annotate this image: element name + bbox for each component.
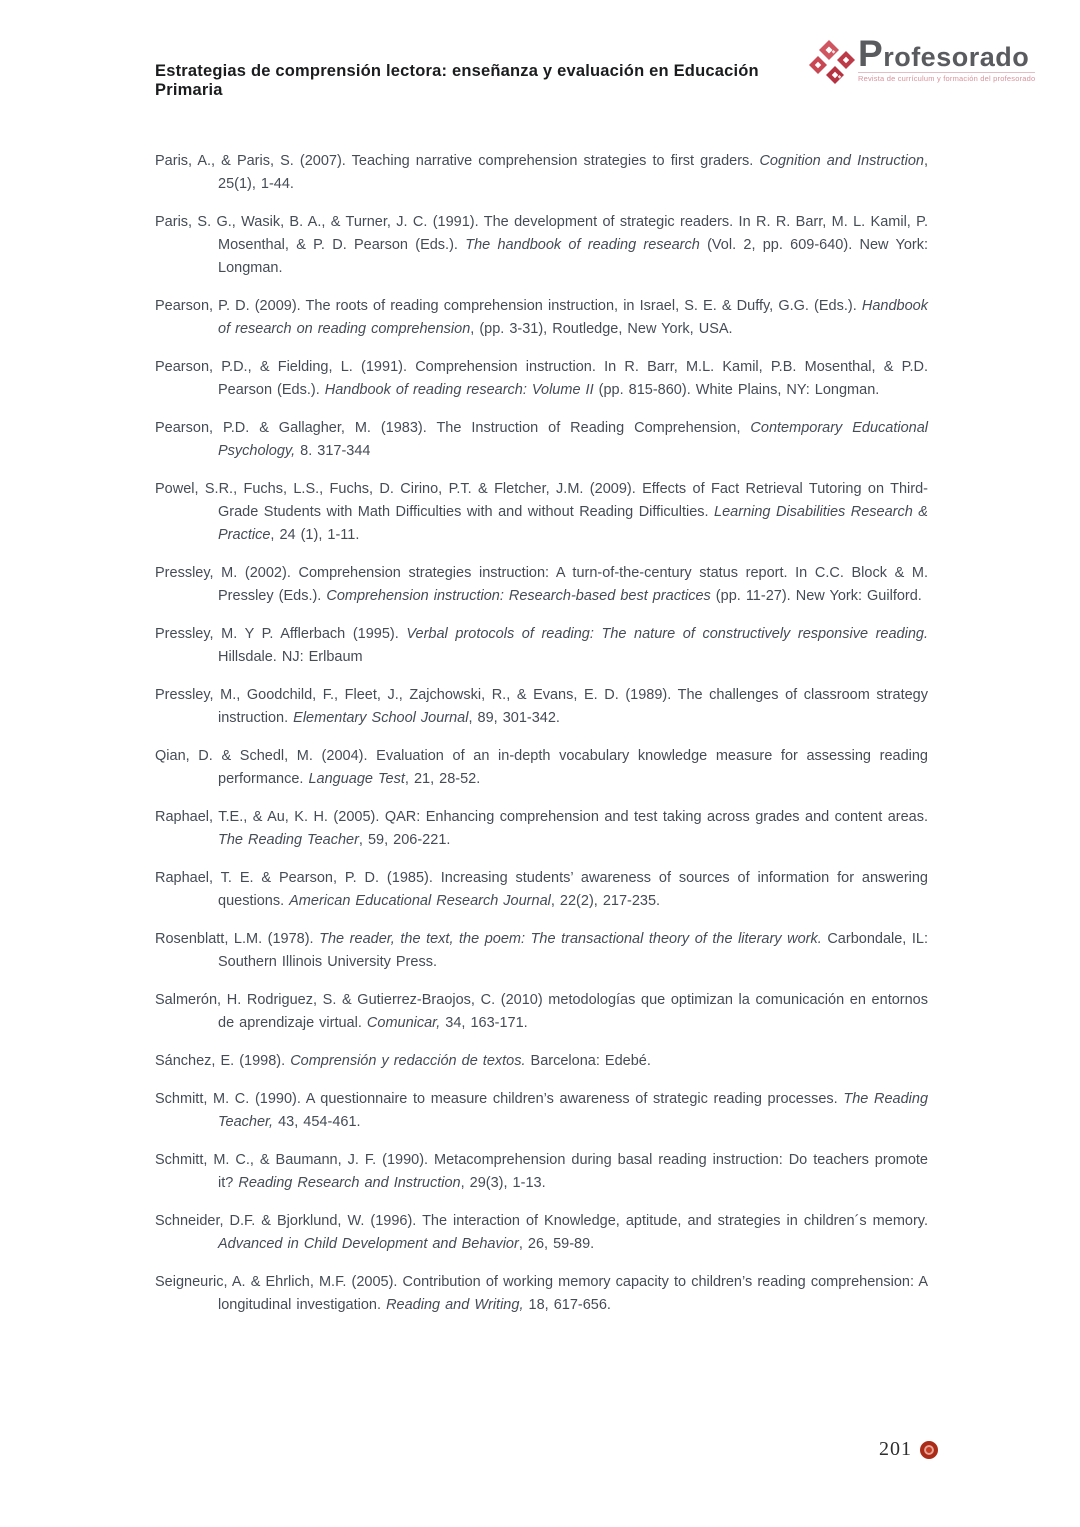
page-footer: 201: [879, 1438, 938, 1461]
reference-title-italic: Advanced in Child Development and Behavi…: [218, 1236, 519, 1252]
reference-item: Pressley, M. Y P. Afflerbach (1995). Ver…: [155, 623, 928, 669]
reference-title-italic: The Reading Teacher: [218, 832, 359, 848]
reference-item: Powel, S.R., Fuchs, L.S., Fuchs, D. Ciri…: [155, 478, 928, 547]
reference-text: Pressley, M. Y P. Afflerbach (1995).: [155, 626, 406, 642]
journal-logo: Profesorado Revista de currículum y form…: [808, 38, 1035, 88]
reference-text: Pearson, P.D. & Gallagher, M. (1983). Th…: [155, 420, 750, 436]
reference-title-italic: American Educational Research Journal: [289, 893, 551, 909]
reference-item: Schneider, D.F. & Bjorklund, W. (1996). …: [155, 1210, 928, 1256]
reference-title-italic: Verbal protocols of reading: The nature …: [406, 626, 928, 642]
reference-text: 43, 454-461.: [273, 1114, 360, 1130]
reference-item: Rosenblatt, L.M. (1978). The reader, the…: [155, 928, 928, 974]
reference-text: Raphael, T.E., & Au, K. H. (2005). QAR: …: [155, 809, 928, 825]
reference-item: Paris, A., & Paris, S. (2007). Teaching …: [155, 150, 928, 196]
reference-item: Seigneuric, A. & Ehrlich, M.F. (2005). C…: [155, 1271, 928, 1317]
reference-item: Sánchez, E. (1998). Comprensión y redacc…: [155, 1050, 928, 1073]
reference-item: Schmitt, M. C., & Baumann, J. F. (1990).…: [155, 1149, 928, 1195]
reference-title-italic: The handbook of reading research: [465, 237, 700, 253]
reference-item: Pearson, P.D., & Fielding, L. (1991). Co…: [155, 356, 928, 402]
reference-title-italic: Reading Research and Instruction: [238, 1175, 460, 1191]
reference-title-italic: The reader, the text, the poem: The tran…: [319, 931, 822, 947]
profesorado-diamonds-icon: [808, 38, 856, 88]
reference-title-italic: Language Test: [308, 771, 404, 787]
reference-text: , 89, 301-342.: [468, 710, 560, 726]
reference-text: , 29(3), 1-13.: [461, 1175, 546, 1191]
reference-text: Pearson, P. D. (2009). The roots of read…: [155, 298, 862, 314]
reference-text: Schmitt, M. C. (1990). A questionnaire t…: [155, 1091, 843, 1107]
reference-title-italic: Elementary School Journal: [293, 710, 468, 726]
document-page: Estrategias de comprensión lectora: ense…: [0, 0, 1080, 1527]
reference-text: Qian, D. & Schedl, M. (2004). Evaluation…: [155, 748, 928, 787]
reference-title-italic: Comprehension instruction: Research-base…: [326, 588, 710, 604]
reference-text: , 24 (1), 1-11.: [270, 527, 359, 543]
reference-text: Barcelona: Edebé.: [526, 1053, 651, 1069]
reference-item: Pressley, M., Goodchild, F., Fleet, J., …: [155, 684, 928, 730]
reference-item: Raphael, T.E., & Au, K. H. (2005). QAR: …: [155, 806, 928, 852]
reference-text: (pp. 815-860). White Plains, NY: Longman…: [594, 382, 880, 398]
reference-text: Paris, A., & Paris, S. (2007). Teaching …: [155, 153, 759, 169]
reference-text: 18, 617-656.: [523, 1297, 610, 1313]
reference-text: Rosenblatt, L.M. (1978).: [155, 931, 319, 947]
reference-text: , 59, 206-221.: [359, 832, 451, 848]
reference-text: , (pp. 3-31), Routledge, New York, USA.: [470, 321, 732, 337]
reference-item: Qian, D. & Schedl, M. (2004). Evaluation…: [155, 745, 928, 791]
reference-text: Sánchez, E. (1998).: [155, 1053, 290, 1069]
page-number: 201: [879, 1438, 912, 1461]
reference-item: Pearson, P.D. & Gallagher, M. (1983). Th…: [155, 417, 928, 463]
reference-title-italic: Handbook of reading research: Volume II: [325, 382, 594, 398]
reference-text: , 21, 28-52.: [405, 771, 480, 787]
reference-title-italic: Reading and Writing,: [386, 1297, 523, 1313]
reference-title-italic: Cognition and Instruction: [759, 153, 924, 169]
references-list: Paris, A., & Paris, S. (2007). Teaching …: [155, 150, 928, 1332]
reference-item: Schmitt, M. C. (1990). A questionnaire t…: [155, 1088, 928, 1134]
reference-text: 8. 317-344: [295, 443, 370, 459]
reference-item: Paris, S. G., Wasik, B. A., & Turner, J.…: [155, 211, 928, 280]
reference-title-italic: Comprensión y redacción de textos.: [290, 1053, 525, 1069]
reference-text: , 26, 59-89.: [519, 1236, 594, 1252]
reference-text: Schneider, D.F. & Bjorklund, W. (1996). …: [155, 1213, 928, 1229]
journal-logo-name: Profesorado: [858, 40, 1035, 71]
reference-item: Pressley, M. (2002). Comprehension strat…: [155, 562, 928, 608]
reference-item: Salmerón, H. Rodriguez, S. & Gutierrez-B…: [155, 989, 928, 1035]
reference-item: Raphael, T. E. & Pearson, P. D. (1985). …: [155, 867, 928, 913]
red-dot-icon: [920, 1441, 938, 1459]
journal-logo-tagline: Revista de currículum y formación del pr…: [858, 72, 1035, 83]
reference-text: 34, 163-171.: [440, 1015, 527, 1031]
reference-text: Hillsdale. NJ: Erlbaum: [218, 649, 363, 665]
reference-item: Pearson, P. D. (2009). The roots of read…: [155, 295, 928, 341]
reference-title-italic: Comunicar,: [367, 1015, 440, 1031]
reference-text: Salmerón, H. Rodriguez, S. & Gutierrez-B…: [155, 992, 928, 1031]
reference-text: (pp. 11-27). New York: Guilford.: [711, 588, 922, 604]
journal-logo-text: Profesorado Revista de currículum y form…: [858, 40, 1035, 83]
reference-text: , 22(2), 217-235.: [551, 893, 660, 909]
running-title: Estrategias de comprensión lectora: ense…: [155, 62, 815, 100]
